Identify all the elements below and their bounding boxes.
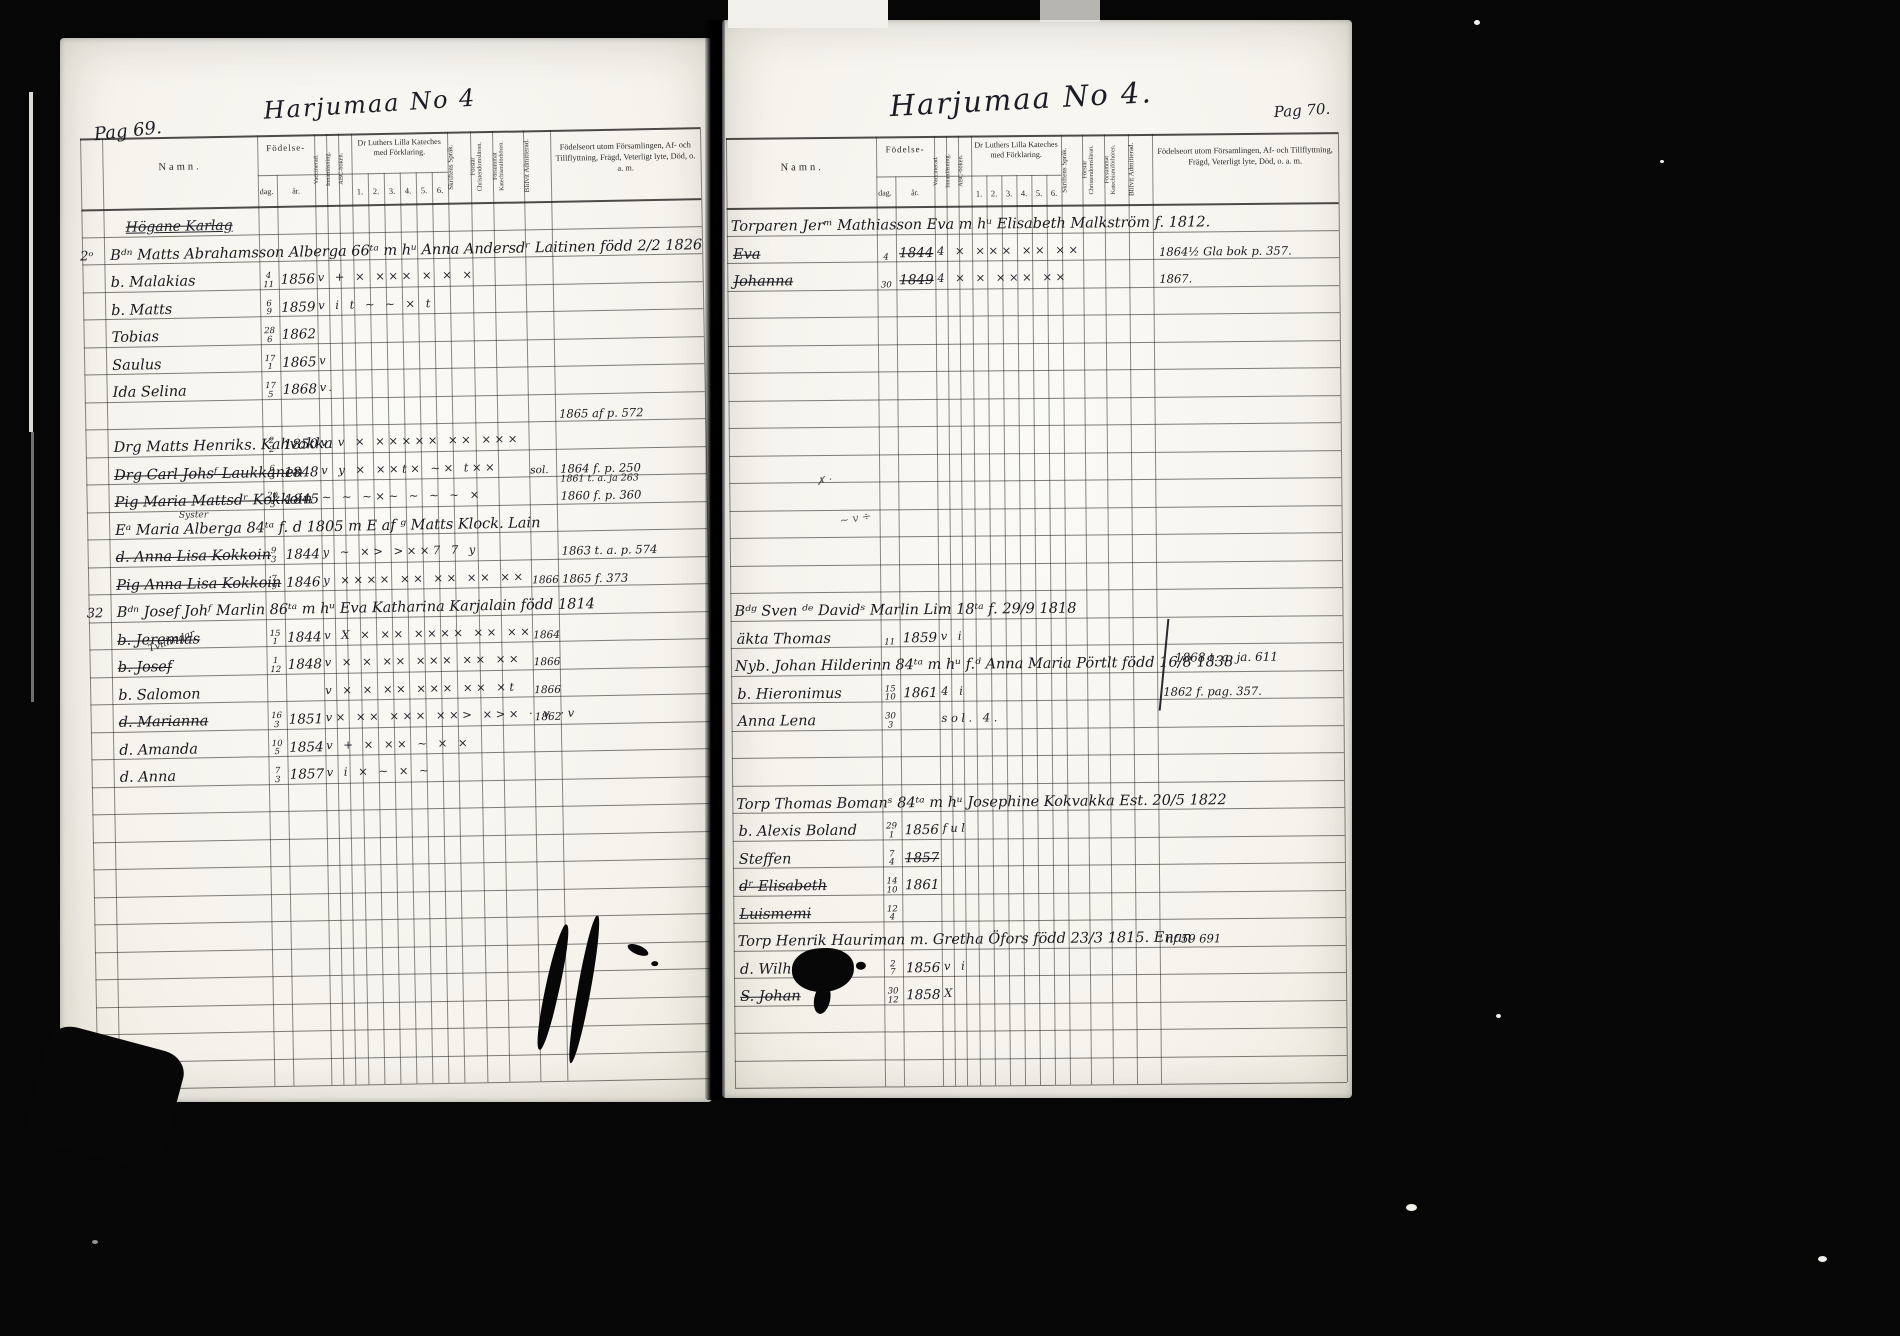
column-header-abc-boken: ABC-boken. [958, 138, 972, 204]
birth-year: 1844 [286, 546, 321, 563]
person-name: Ida Selina [113, 384, 187, 401]
right-page-sheet: Harjumaa No 4. Pag 70. Namn. Födelse- da… [717, 17, 1357, 1101]
birth-year: 1862 [282, 326, 317, 343]
column-header-namn: Namn. [102, 160, 257, 174]
margin-note: 1860 f. p. 360 [561, 487, 642, 502]
kateches-col-4: 4. [1016, 188, 1031, 198]
person-name: dʳ Elisabeth [739, 878, 827, 895]
column-header-forstar: Förstår Christendomsläran. [1082, 136, 1105, 202]
examination-marks: v i t ~ ~ × t [318, 296, 434, 312]
birth-date: 303 [880, 712, 900, 729]
birth-date: 171 [260, 354, 280, 371]
column-header-notes: Födelseort utom Församlingen, Af- och Ti… [1156, 145, 1334, 168]
person-name: b. Josef [118, 659, 173, 676]
scan-speck [92, 1240, 98, 1244]
person-name: Johanna [733, 273, 793, 290]
person-name: d. Anna [120, 769, 177, 786]
margin-note: 1865 f. 373 [562, 570, 628, 585]
birth-date: 151 [265, 629, 285, 646]
birth-date: 163 [267, 712, 287, 729]
examination-marks: v. [320, 380, 336, 394]
birth-year: 1846 [286, 574, 321, 591]
examination-marks: v × × ×× ××× ×× ×× [325, 652, 523, 670]
birth-year: 1861 [903, 684, 938, 700]
village-heading: Högane Karlag [126, 218, 233, 236]
scan-speck [1406, 1204, 1417, 1211]
birth-year: 1856 [281, 271, 316, 288]
birth-year: 1868 [283, 381, 318, 398]
brace-note: 1868 t. a. ja. 611 [1175, 650, 1278, 665]
page-number: Pag 69. [93, 117, 163, 145]
birth-year: 1857 [290, 766, 325, 783]
column-header-fodelse: Födelse- [257, 142, 314, 153]
birth-year: 1850 [284, 436, 319, 453]
birth-year: 1851 [289, 711, 324, 728]
birth-date: 22 [262, 437, 282, 454]
column-header-ar: år. [277, 186, 315, 196]
ink-dot [856, 962, 866, 970]
column-header-skriftens-sprak: Skriftens Språk. [447, 133, 471, 199]
birth-year: 1848 [284, 464, 319, 481]
margin-note: 1865 af p. 572 [559, 405, 644, 421]
birth-year: 1856 [905, 822, 940, 838]
kateches-col-3: 3. [384, 186, 400, 196]
left-page: Pag 69. Harjumaa No 4 Namn. Födelse- dag… [60, 38, 712, 1102]
kateches-col-4: 4. [400, 185, 416, 195]
margin-note: 1864½ Gla bok p. 357. [1159, 243, 1292, 258]
person-name: Saulus [112, 357, 162, 374]
birth-date: 1410 [882, 877, 902, 894]
birth-year: 1865 [282, 354, 317, 371]
birth-year: 1844 [287, 629, 322, 646]
person-name: b. Alexis Boland [739, 823, 857, 840]
village-title: Harjumaa No 4 [263, 84, 477, 125]
scan-speck [728, 0, 888, 28]
birth-date: 105 [267, 739, 287, 756]
left-page-sheet: Pag 69. Harjumaa No 4 Namn. Födelse- dag… [50, 32, 721, 1108]
birth-year: 1859 [281, 299, 316, 316]
column-header-forsummat: Försummat Katechismiförhören. [1104, 136, 1129, 202]
person-name: Steffen [739, 851, 792, 868]
kateches-col-5: 5. [416, 185, 432, 195]
table-rule [726, 132, 1338, 139]
page-number: Pag 70. [1273, 100, 1331, 121]
kateches-col-1: 1. [352, 186, 368, 196]
column-header-abc-boken: ABC-boken. [338, 136, 352, 202]
kateches-col-3: 3. [1001, 188, 1016, 198]
column-header-notes: Födelseort utom Församlingen, Af- och Ti… [554, 140, 697, 175]
kateches-col-6: 6. [432, 185, 448, 195]
name-annotation: Syster [179, 510, 208, 521]
birth-year: 1844 [899, 244, 934, 260]
birth-year: 1859 [903, 629, 938, 645]
scan-speck [1496, 1014, 1501, 1018]
birth-year: 1858 [906, 987, 941, 1003]
birth-date: 79 [264, 574, 284, 591]
column-header-namn: Namn. [728, 162, 876, 174]
margin-note: 1863 t. a. p. 574 [562, 542, 658, 558]
scanned-parish-register: { "meta": { "paper_color": "#f6f4ee", "i… [0, 0, 1900, 1336]
birth-date: 205 [263, 492, 283, 509]
margin-note: 1862 f. pag. 357. [1163, 683, 1262, 698]
column-header-kateches: Dr Luthers Lilla Kateches med Förklaring… [971, 140, 1061, 160]
person-name: äkta Thomas [737, 630, 831, 647]
birth-year: 1845 [285, 491, 320, 508]
person-name: b. Hieronimus [737, 685, 842, 702]
admitted-note: 1866 [532, 573, 559, 585]
scan-speck [1660, 160, 1664, 163]
birth-date: 1510 [880, 685, 900, 702]
person-name: d. Marianna [119, 713, 209, 731]
admitted-note: sol. [530, 464, 549, 476]
birth-date: 411 [259, 272, 279, 289]
scan-speck [1818, 1256, 1827, 1262]
kateches-col-1: 1. [971, 188, 986, 198]
column-header-forsummat: Försummat Katechismiförhören. [492, 132, 524, 199]
admitted-note: 1866 [534, 683, 561, 695]
column-header-dag: dag. [256, 187, 277, 196]
examination-marks: v i [944, 958, 968, 972]
birth-date: 73 [268, 767, 288, 784]
examination-marks: v [319, 353, 329, 367]
examination-marks: v i [941, 628, 965, 642]
birth-date: 93 [264, 547, 284, 564]
birth-date: 3012 [883, 987, 903, 1004]
birth-year: 1861 [905, 877, 940, 893]
birth-date: 175 [261, 382, 281, 399]
admitted-note: 1866 [534, 656, 561, 668]
column-header-dag: dag. [874, 188, 895, 197]
person-name: Eva [733, 246, 761, 262]
column-header-skriftens-sprak: Skriftens Språk. [1061, 137, 1083, 203]
birth-year: 1849 [899, 272, 934, 288]
column-header-fodelse: Födelse- [876, 144, 934, 155]
kateches-col-6: 6. [1046, 188, 1061, 198]
kateches-col-5: 5. [1031, 188, 1046, 198]
book-gutter [705, 20, 725, 1100]
column-header-ar: år. [895, 188, 934, 197]
birth-year: 1854 [289, 739, 324, 756]
birth-year: 1856 [906, 959, 941, 975]
examination-marks: v × × ×× ××× ×× ×t [325, 679, 518, 697]
scan-speck [1040, 0, 1100, 22]
person-name: Anna Lena [737, 713, 816, 730]
birth-date: 291 [882, 822, 902, 839]
person-name: Luismemi [739, 906, 811, 923]
kateches-col-2: 2. [986, 188, 1001, 198]
scan-speck [31, 432, 34, 702]
right-page: Harjumaa No 4. Pag 70. Namn. Födelse- da… [722, 20, 1352, 1098]
admitted-note: 1862 [535, 711, 562, 723]
column-header-blifvit: Blifvit Admitterad. [523, 132, 551, 198]
person-name: d. Amanda [119, 741, 198, 758]
birth-date: 63 [262, 464, 282, 481]
birth-date: 27 [883, 960, 903, 977]
birth-date: 74 [882, 850, 902, 867]
birth-date: 112 [266, 657, 286, 674]
birth-date: 69 [259, 299, 279, 316]
person-name: b. Matts [111, 301, 172, 318]
scan-speck [29, 92, 33, 432]
left-page-rows: Högane Karlag2ᵒBᵈⁿ Matts Abrahamsson Alb… [50, 32, 702, 44]
column-header-blifvit: Blifvit Admitterad. [1128, 136, 1153, 202]
examination-marks: v + × ×× ~ × × [326, 735, 471, 752]
village-title: Harjumaa No 4. [889, 75, 1154, 123]
birth-date: 286 [260, 327, 280, 344]
birth-date: 124 [882, 905, 902, 922]
person-name: S. Johan [740, 988, 801, 1005]
column-header-forstar: Förstår Christendomsläran. [470, 133, 493, 199]
pencil-scribble: ✗ · [815, 473, 833, 489]
person-name: b. Malakias [111, 273, 196, 291]
scan-speck [1474, 20, 1480, 25]
examination-marks: v y × ××t× ~× t×× [321, 459, 498, 476]
examination-marks: y ×××× ×× ×× ×× ×× [323, 569, 527, 587]
birth-year: 1857 [905, 849, 940, 865]
admitted-note: 1864 [533, 628, 560, 640]
margin-note: 1867. [1159, 271, 1192, 285]
column-header-kateches: Dr Luthers Lilla Kateches med Förklaring… [351, 137, 447, 158]
person-name: b. Salomon [118, 686, 201, 704]
birth-year: 1848 [288, 656, 323, 673]
kateches-col-2: 2. [368, 186, 384, 196]
person-name: Tobias [112, 329, 160, 346]
